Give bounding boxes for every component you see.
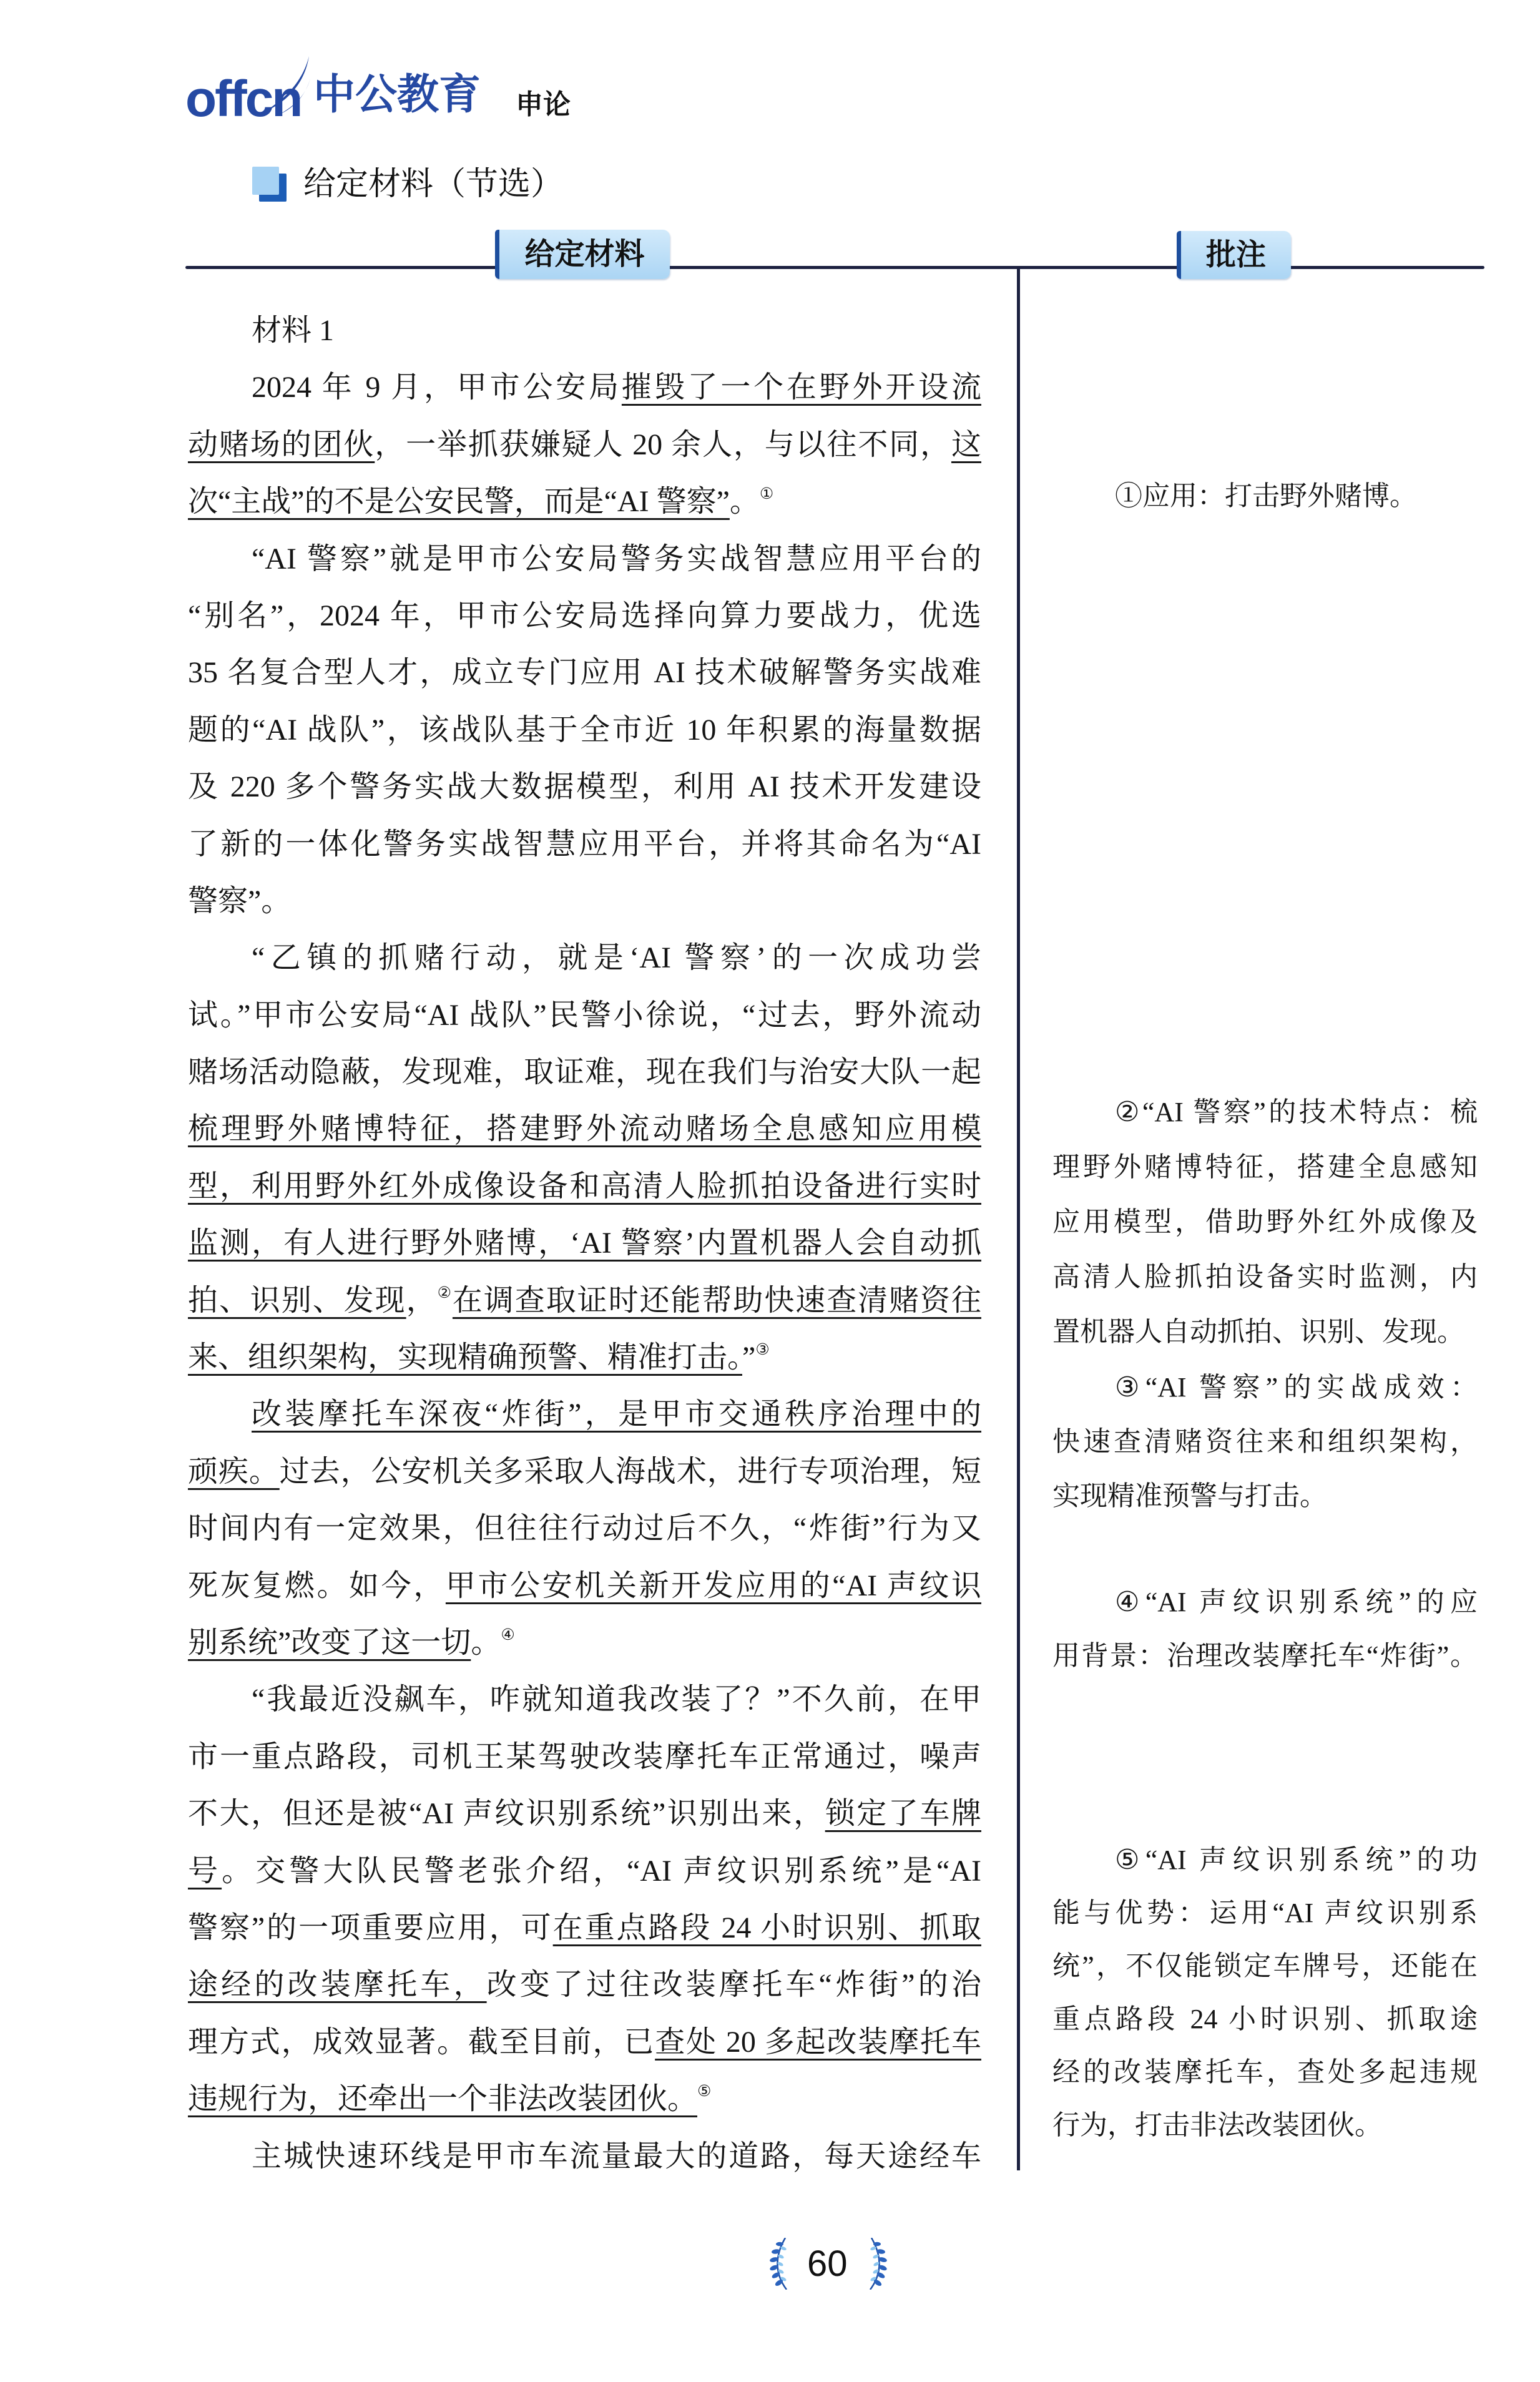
annotation-text: 行为，打击非法改装团伙。 [1052, 2110, 1382, 2140]
text-run: 不大，但还是被“AI 声纹识别系统”识别出来， [188, 1797, 825, 1830]
material-line: 拍、识别、发现，②在调查取证时还能帮助快速查清赌资往 [188, 1272, 981, 1329]
underlined-text: 甲市公安机关新开发应用的“AI 声纹识 [446, 1569, 981, 1602]
underlined-text: 违规行为，还牵出一个非法改装团伙。 [188, 2082, 697, 2115]
underlined-text: 锁定了车牌 [825, 1797, 981, 1830]
material-line: 赌场活动隐蔽，发现难，取证难，现在我们与治安大队一起 [188, 1044, 981, 1100]
text-run: 。 [730, 485, 760, 518]
annotation-text: 用背景：治理改装摩托车“炸街”。 [1052, 1640, 1478, 1671]
material-line: “AI 警察”就是甲市公安局警务实战智慧应用平台的 [188, 531, 981, 587]
material-line: 不大，但还是被“AI 声纹识别系统”识别出来，锁定了车牌 [188, 1785, 981, 1842]
annotation-marker: ① [760, 486, 773, 502]
annotation-line: ③“AI 警察”的实战成效： [1052, 1360, 1478, 1414]
text-run: 及 220 多个警务实战大数据模型，利用 AI 技术开发建设 [188, 770, 981, 803]
annotation-line: 应用模型，借助野外红外成像及 [1052, 1195, 1478, 1250]
underlined-text: 这 [951, 428, 981, 461]
material-line: 了新的一体化警务实战智慧应用平台，并将其命名为“AI [188, 816, 981, 873]
annotation-1: ①应用：打击野外赌博。 [1052, 469, 1478, 523]
material-line: 题的“AI 战队”，该战队基于全市近 10 年积累的海量数据 [188, 702, 981, 758]
material-line: “别名”，2024 年，甲市公安局选择向算力要战力，优选 [188, 587, 981, 644]
underlined-text: 动赌场的团伙 [188, 428, 375, 461]
text-run: 警察”的一项重要应用，可 [188, 1911, 553, 1944]
section-title: 给定材料（节选） [303, 165, 563, 203]
annotation-text: 应用模型，借助野外红外成像及 [1052, 1207, 1478, 1237]
material-line: 警察”的一项重要应用，可在重点路段 24 小时识别、抓取 [188, 1899, 981, 1956]
tab-annotations: 批注 [1177, 231, 1291, 279]
underlined-text: 别系统”改变了这一切 [188, 1626, 471, 1659]
annotation-line: 能与优势：运用“AI 声纹识别系 [1052, 1886, 1478, 1939]
underlined-text: 途经的改装摩托车， [188, 1968, 487, 2001]
annotation-5: ⑤“AI 声纹识别系统”的功 能与优势：运用“AI 声纹识别系 统”，不仅能锁定… [1052, 1833, 1478, 2152]
annotation-marker: ② [438, 1285, 453, 1301]
material-line: 途经的改装摩托车，改变了过往改装摩托车“炸街”的治 [188, 1956, 981, 2013]
page-number: 60 [807, 2246, 848, 2282]
laurel-right-icon [865, 2238, 889, 2290]
material-line: 死灰复燃。如今，甲市公安机关新开发应用的“AI 声纹识 [188, 1557, 981, 1614]
tab-given-material: 给定材料 [495, 230, 670, 279]
annotation-line: 快速查清赌资往来和组织架构， [1052, 1414, 1478, 1469]
underlined-text: 摧毁了一个在野外开设流 [622, 371, 981, 404]
material-line: 改装摩托车深夜“炸街”，是甲市交通秩序治理中的 [188, 1386, 981, 1443]
material-line: 来、组织架构，实现精确预警、精准打击。”③ [188, 1329, 981, 1386]
material-line: 型，利用野外红外成像设备和高清人脸抓拍设备进行实时 [188, 1158, 981, 1215]
column-divider [1017, 267, 1020, 2170]
text-run: “AI 警察”就是甲市公安局警务实战智慧应用平台的 [252, 542, 981, 576]
text-run: “别名”，2024 年，甲市公安局选择向算力要战力，优选 [188, 599, 981, 632]
annotation-line: ⑤“AI 声纹识别系统”的功 [1052, 1833, 1478, 1886]
annotation-text: 理野外赌博特征，搭建全息感知 [1052, 1152, 1478, 1182]
brand-logo-chinese: 中公教育 [313, 72, 481, 117]
laurel-left-icon [768, 2238, 792, 2290]
annotation-line: ②“AI 警察”的技术特点：梳 [1052, 1085, 1478, 1140]
text-run: 2024 年 9 月，甲市公安局 [252, 371, 622, 404]
material-line: 别系统”改变了这一切。④ [188, 1614, 981, 1671]
underlined-text: 拍、识别、发现 [188, 1284, 406, 1317]
annotation-text: ④“AI 声纹识别系统”的应 [1115, 1587, 1478, 1617]
material-line: 35 名复合型人才，成立专门应用 AI 技术破解警务实战难 [188, 644, 981, 701]
underlined-text: 次“主战”的不是公安民警，而是“AI 警察” [188, 485, 730, 518]
annotation-line: 统”，不仅能锁定车牌号，还能在 [1052, 1939, 1478, 1992]
annotation-line: ①应用：打击野外赌博。 [1052, 469, 1478, 523]
material-line: 2024 年 9 月，甲市公安局摧毁了一个在野外开设流 [188, 359, 981, 416]
text-run: 主城快速环线是甲市车流量最大的道路，每天途经车 [252, 2140, 981, 2173]
annotation-text: 实现精准预警与打击。 [1052, 1481, 1327, 1511]
text-run: 市一重点路段，司机王某驾驶改装摩托车正常通过，噪声 [188, 1740, 981, 1773]
text-run: 过去，公安机关多采取人海战术，进行专项治理，短 [280, 1455, 981, 1488]
material-line: 号。交警大队民警老张介绍，“AI 声纹识别系统”是“AI [188, 1843, 981, 1899]
underlined-text: 来、组织架构，实现精确预警、精准打击。 [188, 1341, 742, 1374]
annotation-4: ④“AI 声纹识别系统”的应 用背景：治理改装摩托车“炸街”。 [1052, 1576, 1478, 1683]
annotation-line: 行为，打击非法改装团伙。 [1052, 2099, 1478, 2152]
material-text: 材料 1 2024 年 9 月，甲市公安局摧毁了一个在野外开设流 动赌场的团伙，… [188, 302, 981, 2185]
annotation-marker: ⑤ [697, 2083, 711, 2100]
underlined-text: 在调查取证时还能帮助快速查清赌资往 [453, 1284, 981, 1317]
text-run: ” [742, 1341, 755, 1374]
text-run: 了新的一体化警务实战智慧应用平台，并将其命名为“AI [188, 828, 981, 861]
annotation-line: 用背景：治理改装摩托车“炸街”。 [1052, 1629, 1478, 1683]
text-run: 。 [471, 1626, 501, 1659]
material-line: 监测，有人进行野外赌博，‘AI 警察’内置机器人会自动抓 [188, 1215, 981, 1272]
material-line: “我最近没飙车，咋就知道我改装了？”不久前，在甲 [188, 1671, 981, 1728]
annotation-marker: ④ [501, 1627, 514, 1644]
section-square-icon [252, 167, 287, 202]
annotation-text: 统”，不仅能锁定车牌号，还能在 [1052, 1951, 1478, 1981]
annotation-2: ②“AI 警察”的技术特点：梳 理野外赌博特征，搭建全息感知 应用模型，借助野外… [1052, 1085, 1478, 1360]
underlined-text: 顽疾。 [188, 1455, 280, 1488]
text-run: 时间内有一定效果，但往往行动过后不久，“炸街”行为又 [188, 1512, 981, 1545]
annotation-line: 高清人脸抓拍设备实时监测，内 [1052, 1250, 1478, 1305]
text-run: ，一举抓获嫌疑人 20 余人，与以往不同， [375, 428, 951, 461]
annotation-text: 快速查清赌资往来和组织架构， [1052, 1426, 1478, 1457]
underlined-text: 梳理野外赌博特征，搭建野外流动赌场全息感知应用模 [188, 1112, 981, 1145]
annotation-line: 经的改装摩托车，查处多起违规 [1052, 2046, 1478, 2099]
brand-logo-latin: offcn [185, 74, 301, 125]
material-line: “乙镇的抓赌行动，就是‘AI 警察’的一次成功尝 [188, 929, 981, 986]
annotation-line: ④“AI 声纹识别系统”的应 [1052, 1576, 1478, 1629]
text-run: 改变了过往改装摩托车“炸街”的治 [487, 1968, 981, 2001]
text-run: 。交警大队民警老张介绍，“AI 声纹识别系统”是“AI [222, 1855, 981, 1888]
annotation-text: 经的改装摩托车，查处多起违规 [1052, 2057, 1478, 2087]
text-run: 35 名复合型人才，成立专门应用 AI 技术破解警务实战难 [188, 656, 981, 689]
annotation-text: ⑤“AI 声纹识别系统”的功 [1115, 1845, 1478, 1875]
text-run: “我最近没飙车，咋就知道我改装了？”不久前，在甲 [252, 1683, 981, 1716]
annotation-line: 实现精准预警与打击。 [1052, 1469, 1478, 1523]
material-line: 理方式，成效显著。截至目前，已查处 20 多起改装摩托车 [188, 2014, 981, 2071]
material-line: 警察”。 [188, 873, 981, 929]
material-label: 材料 1 [252, 314, 334, 347]
text-run: ， [406, 1284, 438, 1317]
material-line: 主城快速环线是甲市车流量最大的道路，每天途经车 [188, 2128, 981, 2185]
material-line: 试。”甲市公安局“AI 战队”民警小徐说，“过去，野外流动 [188, 987, 981, 1044]
underlined-text: 在重点路段 24 小时识别、抓取 [553, 1911, 981, 1944]
textbook-page: offcn 中公教育 申论 给定材料（节选） 给定材料 批注 材料 1 2024… [0, 0, 1540, 2382]
material-line: 时间内有一定效果，但往往行动过后不久，“炸街”行为又 [188, 1500, 981, 1557]
annotation-text: ③“AI 警察”的实战成效： [1115, 1372, 1478, 1403]
material-heading: 材料 1 [188, 302, 981, 359]
material-line: 违规行为，还牵出一个非法改装团伙。⑤ [188, 2071, 981, 2127]
material-line: 动赌场的团伙，一举抓获嫌疑人 20 余人，与以往不同，这 [188, 416, 981, 473]
underlined-text: 号 [188, 1855, 222, 1888]
tab-annotations-label: 批注 [1206, 240, 1266, 270]
material-line: 次“主战”的不是公安民警，而是“AI 警察”。① [188, 473, 981, 530]
text-run: “乙镇的抓赌行动，就是‘AI 警察’的一次成功尝 [252, 941, 981, 974]
annotation-3: ③“AI 警察”的实战成效： 快速查清赌资往来和组织架构， 实现精准预警与打击。 [1052, 1360, 1478, 1523]
annotation-marker: ③ [755, 1341, 769, 1358]
underlined-text: 监测，有人进行野外赌博，‘AI 警察’内置机器人会自动抓 [188, 1227, 981, 1260]
text-run: 赌场活动隐蔽，发现难，取证难，现在我们与治安大队一起 [188, 1056, 981, 1089]
annotation-text: 重点路段 24 小时识别、抓取途 [1052, 2004, 1478, 2034]
underlined-text: 改装摩托车深夜“炸街”，是甲市交通秩序治理中的 [252, 1398, 981, 1431]
annotation-text: ①应用：打击野外赌博。 [1115, 481, 1417, 511]
material-line: 及 220 多个警务实战大数据模型，利用 AI 技术开发建设 [188, 758, 981, 815]
annotation-text: 高清人脸抓拍设备实时监测，内 [1052, 1262, 1478, 1292]
material-line: 顽疾。过去，公安机关多采取人海战术，进行专项治理，短 [188, 1443, 981, 1500]
text-run: 死灰复燃。如今， [188, 1569, 446, 1602]
text-run: 理方式，成效显著。截至目前，已 [188, 2026, 655, 2059]
annotation-text: ②“AI 警察”的技术特点：梳 [1115, 1097, 1478, 1127]
annotation-line: 理野外赌博特征，搭建全息感知 [1052, 1140, 1478, 1195]
underlined-text: 查处 20 多起改装摩托车 [655, 2026, 981, 2059]
annotation-text: 能与优势：运用“AI 声纹识别系 [1052, 1898, 1478, 1928]
subject-label: 申论 [516, 89, 571, 120]
annotation-text: 置机器人自动抓拍、识别、发现。 [1052, 1316, 1464, 1347]
tab-given-material-label: 给定材料 [524, 240, 644, 270]
underlined-text: 型，利用野外红外成像设备和高清人脸抓拍设备进行实时 [188, 1170, 981, 1203]
text-run: 警察”。 [188, 885, 291, 918]
text-run: 题的“AI 战队”，该战队基于全市近 10 年积累的海量数据 [188, 713, 981, 747]
material-line: 梳理野外赌博特征，搭建野外流动赌场全息感知应用模 [188, 1100, 981, 1157]
annotation-line: 重点路段 24 小时识别、抓取途 [1052, 1992, 1478, 2046]
material-line: 市一重点路段，司机王某驾驶改装摩托车正常通过，噪声 [188, 1728, 981, 1785]
annotation-line: 置机器人自动抓拍、识别、发现。 [1052, 1305, 1478, 1360]
text-run: 试。”甲市公安局“AI 战队”民警小徐说，“过去，野外流动 [188, 999, 981, 1032]
